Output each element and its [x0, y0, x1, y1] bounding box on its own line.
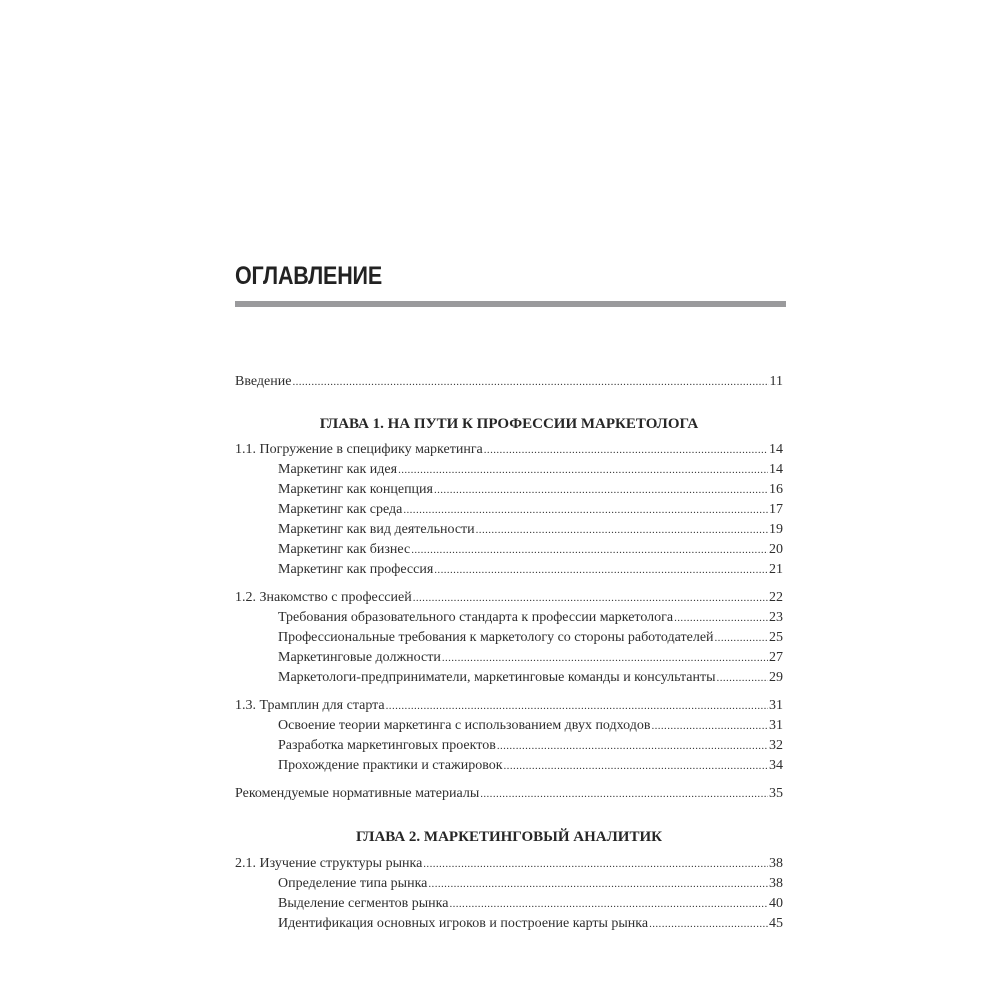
dot-leader — [428, 874, 768, 894]
toc-item[interactable]: Маркетинг как среда 17 — [235, 500, 783, 520]
toc-entry-label: Маркетинг как вид деятельности — [278, 520, 475, 540]
dot-leader — [398, 460, 768, 480]
dot-leader — [423, 854, 768, 874]
toc-entry-page: 38 — [769, 854, 783, 874]
toc-entry-label: Маркетинг как бизнес — [278, 540, 410, 560]
toc-entry-page: 38 — [769, 874, 783, 894]
toc-entry-page: 34 — [769, 756, 783, 776]
toc-item[interactable]: Маркетологи-предприниматели, маркетингов… — [235, 668, 783, 688]
toc-entry-page: 31 — [769, 716, 783, 736]
toc-entry-label: Рекомендуемые нормативные материалы — [235, 784, 479, 804]
toc-entry-label: 1.1. Погружение в специфику маркетинга — [235, 440, 483, 460]
toc-item[interactable]: Выделение сегментов рынка 40 — [235, 894, 783, 914]
toc-entry-label: Выделение сегментов рынка — [278, 894, 448, 914]
toc-entry-page: 40 — [769, 894, 783, 914]
toc-entry-label: Маркетинг как профессия — [278, 560, 433, 580]
dot-leader — [434, 560, 768, 580]
toc-item[interactable]: Освоение теории маркетинга с использован… — [235, 716, 783, 736]
toc-entry-page: 27 — [769, 648, 783, 668]
dot-leader — [449, 894, 768, 914]
dot-leader — [476, 520, 768, 540]
toc-entry-page: 19 — [769, 520, 783, 540]
toc-entry-label: Прохождение практики и стажировок — [278, 756, 503, 776]
toc-entry-page: 21 — [769, 560, 783, 580]
toc-entry-label: Освоение теории маркетинга с использован… — [278, 716, 650, 736]
toc-entry-page: 14 — [769, 460, 783, 480]
dot-leader — [497, 736, 768, 756]
toc-item[interactable]: Маркетинговые должности 27 — [235, 648, 783, 668]
chapter-2-heading: ГЛАВА 2. МАРКЕТИНГОВЫЙ АНАЛИТИК — [235, 827, 783, 847]
dot-leader — [484, 440, 768, 460]
toc-entry-label: Маркетинг как среда — [278, 500, 402, 520]
toc-entry-page: 35 — [769, 784, 783, 804]
toc-entry-label: Профессиональные требования к маркетолог… — [278, 628, 714, 648]
toc-section[interactable]: 2.1. Изучение структуры рынка 38 — [235, 854, 783, 874]
toc-item[interactable]: Маркетинг как концепция 16 — [235, 480, 783, 500]
toc-item[interactable]: Идентификация основных игроков и построе… — [235, 914, 783, 934]
toc-entry-page: 22 — [769, 588, 783, 608]
toc-item[interactable]: Маркетинг как профессия 21 — [235, 560, 783, 580]
toc-entry-page: 45 — [769, 914, 783, 934]
toc-section[interactable]: 1.3. Трамплин для старта 31 — [235, 696, 783, 716]
dot-leader — [413, 588, 768, 608]
toc-entry-page: 29 — [769, 668, 783, 688]
table-of-contents: Введение 11 ГЛАВА 1. НА ПУТИ К ПРОФЕССИИ… — [235, 372, 783, 934]
dot-leader — [411, 540, 768, 560]
dot-leader — [292, 372, 768, 392]
toc-section[interactable]: 1.2. Знакомство с профессией 22 — [235, 588, 783, 608]
toc-entry-label: Определение типа рынка — [278, 874, 427, 894]
title-rule — [235, 301, 786, 307]
dot-leader — [504, 756, 768, 776]
toc-entry-label: Разработка маркетинговых проектов — [278, 736, 496, 756]
toc-entry-label: Маркетинговые должности — [278, 648, 441, 668]
toc-item[interactable]: Требования образовательного стандарта к … — [235, 608, 783, 628]
toc-entry-label: Введение — [235, 372, 291, 392]
toc-entry-label: 2.1. Изучение структуры рынка — [235, 854, 422, 874]
toc-entry-page: 32 — [769, 736, 783, 756]
toc-entry-label: Маркетинг как концепция — [278, 480, 433, 500]
toc-item[interactable]: Разработка маркетинговых проектов 32 — [235, 736, 783, 756]
toc-entry-label: Маркетинг как идея — [278, 460, 397, 480]
toc-entry-page: 14 — [769, 440, 783, 460]
toc-entry-page: 17 — [769, 500, 783, 520]
dot-leader — [386, 696, 768, 716]
dot-leader — [651, 716, 768, 736]
toc-item[interactable]: Маркетинг как вид деятельности 19 — [235, 520, 783, 540]
toc-entry-label: Маркетологи-предприниматели, маркетингов… — [278, 668, 716, 688]
toc-entry-recommended-materials[interactable]: Рекомендуемые нормативные материалы 35 — [235, 784, 783, 804]
toc-item[interactable]: Профессиональные требования к маркетолог… — [235, 628, 783, 648]
toc-entry-label: Идентификация основных игроков и построе… — [278, 914, 648, 934]
dot-leader — [717, 668, 768, 688]
toc-entry-label: 1.2. Знакомство с профессией — [235, 588, 412, 608]
toc-item[interactable]: Маркетинг как бизнес 20 — [235, 540, 783, 560]
toc-entry-page: 20 — [769, 540, 783, 560]
dot-leader — [715, 628, 768, 648]
toc-item[interactable]: Маркетинг как идея 14 — [235, 460, 783, 480]
dot-leader — [434, 480, 768, 500]
toc-entry-page: 25 — [769, 628, 783, 648]
toc-entry-page: 11 — [770, 372, 783, 392]
toc-section[interactable]: 1.1. Погружение в специфику маркетинга 1… — [235, 440, 783, 460]
toc-entry-page: 16 — [769, 480, 783, 500]
dot-leader — [403, 500, 768, 520]
dot-leader — [649, 914, 768, 934]
dot-leader — [480, 784, 768, 804]
dot-leader — [442, 648, 768, 668]
toc-entry-label: 1.3. Трамплин для старта — [235, 696, 385, 716]
toc-item[interactable]: Прохождение практики и стажировок 34 — [235, 756, 783, 776]
page-title: ОГЛАВЛЕНИЕ — [235, 262, 382, 291]
toc-entry-page: 31 — [769, 696, 783, 716]
toc-item[interactable]: Определение типа рынка 38 — [235, 874, 783, 894]
toc-entry-label: Требования образовательного стандарта к … — [278, 608, 673, 628]
toc-entry-page: 23 — [769, 608, 783, 628]
chapter-1-heading: ГЛАВА 1. НА ПУТИ К ПРОФЕССИИ МАРКЕТОЛОГА — [235, 414, 783, 434]
dot-leader — [674, 608, 768, 628]
toc-entry-intro[interactable]: Введение 11 — [235, 372, 783, 392]
